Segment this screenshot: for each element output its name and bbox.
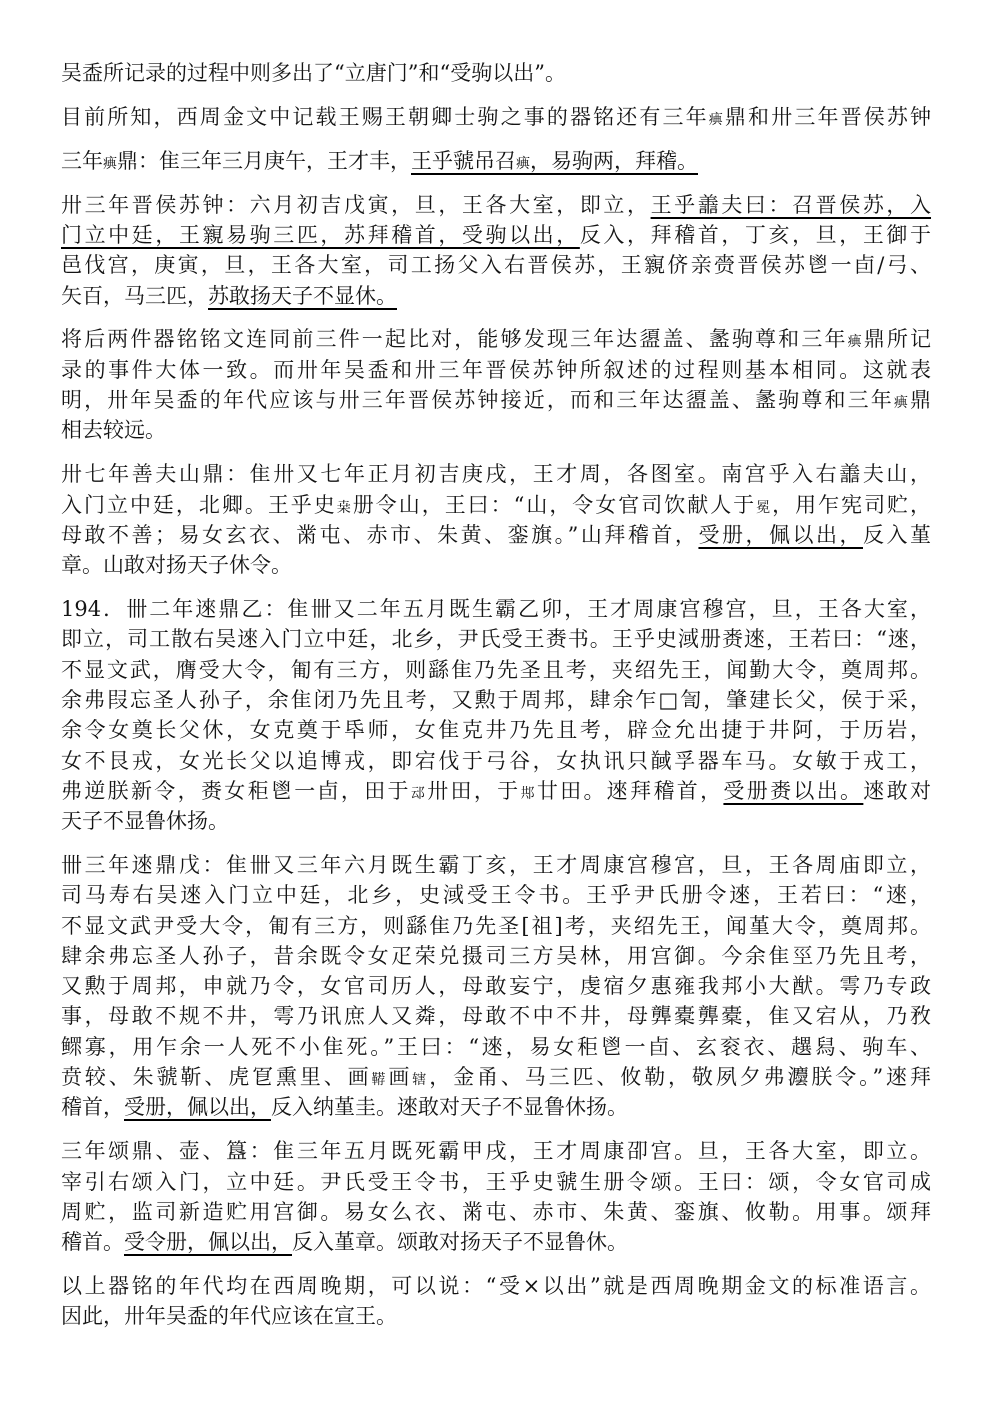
underlined-text: ，易驹两，拜稽。 — [530, 149, 698, 173]
text-line: 余令女奠长父休，女克奠于氒师，女隹克井乃先且考，辟佥允出捷于井阿，于历岩， — [61, 715, 931, 745]
text-segment: 三年颂鼎、壶、簋：隹三年五月既死霸甲戌，王才周康卲宫。旦，王各大室，即立。 — [61, 1139, 931, 1163]
text-line: 入门立中廷，北卿。王乎史桒册令山，王曰：“山，令女官司饮献人于冕，用乍宪司贮， — [61, 490, 931, 520]
text-segment: 反入，拜稽首，丁亥，旦，王御于 — [580, 223, 931, 247]
underlined-text: 王乎虢吊召 — [411, 149, 516, 173]
text-line: 三年痶鼎：隹三年三月庚午，王才丰，王乎虢吊召痶，易驹两，拜稽。 — [61, 146, 931, 176]
text-line: 宰引右颂入门，立中廷。尹氏受王令书，王乎史虢生册令颂。王曰：颂，令女官司成 — [61, 1167, 931, 1197]
paragraph: 三年颂鼎、壶、簋：隹三年五月既死霸甲戌，王才周康卲宫。旦，王各大室，即立。宰引右… — [61, 1136, 931, 1257]
paragraph: 卅三年晋侯苏钟：六月初吉戊寅，旦，王各大室，即立，王乎譱夫曰：召晋侯苏，入门立中… — [61, 190, 931, 311]
text-line: 即立，司工散右吴逨入门立中廷，北乡，尹氏受王赉书。王乎史淢册赉逨，王若曰：“逨， — [61, 624, 931, 654]
text-segment: 相去较远。 — [61, 418, 166, 442]
underlined-text: 痶 — [516, 156, 530, 172]
text-segment: 逨敢对 — [863, 779, 931, 803]
text-line: 母敢不善；易女玄衣、黹屯、赤市、朱黄、銮旗。”山拜稽首，受册，佩以出，反入堇 — [61, 520, 931, 550]
text-segment: 矢百，马三匹， — [61, 284, 208, 308]
text-segment: 稽首。 — [61, 1230, 124, 1254]
text-line: 吴盉所记录的过程中则多出了“立唐门”和“受驹以出”。 — [61, 58, 931, 88]
text-line: 章。山敢对扬天子休令。 — [61, 550, 931, 580]
text-segment: ，用乍宪司贮， — [772, 493, 931, 517]
text-line: 不显文武尹受大令，匍有三方，则繇隹乃先圣[祖]考，夹绍先王，闻堇大令，奠周邦。 — [61, 911, 931, 941]
text-segment: 天子不显鲁休扬。 — [61, 809, 229, 833]
text-segment: 吴盉所记录的过程中则多出了“立唐门”和“受驹以出”。 — [61, 61, 566, 85]
text-segment: 鳏寡，用乍余一人死不小隹死。”王曰：“逨，易女秬鬯一卣、玄衮衣、趩舄、驹车、 — [61, 1035, 931, 1059]
text-segment: 将后两件器铭铭文连同前三件一起比对，能够发现三年达盨盖、盠驹尊和三年 — [61, 327, 848, 351]
rare-glyph-text: 鞯 — [372, 1072, 389, 1088]
text-line: 将后两件器铭铭文连同前三件一起比对，能够发现三年达盨盖、盠驹尊和三年痶鼎所记 — [61, 324, 931, 354]
text-line: 194．卌二年逨鼎乙：隹卌又二年五月既生霸乙卯，王才周康宫穆宫，旦，王各大室， — [61, 594, 931, 624]
text-segment: 反入堇 — [863, 523, 931, 547]
paragraph: 目前所知，西周金文中记载王赐王朝卿士驹之事的器铭还有三年痶鼎和卅三年晋侯苏钟 — [61, 102, 931, 132]
underlined-text: 苏敢扬天子不显休。 — [208, 284, 397, 308]
text-segment: 册令山，王曰：“山，令女官司饮献人于 — [353, 493, 756, 517]
rare-glyph-text: 痶 — [709, 112, 725, 128]
text-segment: 肆余弗忘圣人孙子，昔余既令女疋荣兑摄司三方吴林，用宫御。今余隹巠乃先且考， — [61, 944, 931, 968]
rare-glyph-text: 䢼 — [521, 786, 537, 802]
text-line: 贲较、朱虢靳、虎冟熏里、画鞯画辖，金甬、马三匹、攸勒，敬夙夕弗灋朕令。”逨拜 — [61, 1062, 931, 1092]
text-segment: 母敢不善；易女玄衣、黹屯、赤市、朱黄、銮旗。”山拜稽首， — [61, 523, 698, 547]
text-line: 事，母敢不规不井，雩乃讯庶人又粦，母敢不中不井，母龏橐龏橐，隹又宕从，乃敄 — [61, 1001, 931, 1031]
text-segment: 宰引右颂入门，立中廷。尹氏受王令书，王乎史虢生册令颂。王曰：颂，令女官司成 — [61, 1170, 931, 1194]
rare-glyph-text: 辖 — [412, 1072, 429, 1088]
text-segment: 邑伐宫，庚寅，旦，王各大室，司工扬父入右晋侯苏，王寴侪亲赍晋侯苏鬯一卣/弓、 — [61, 253, 931, 277]
text-segment: 三年 — [61, 149, 103, 173]
text-segment: 以上器铭的年代均在西周晚期，可以说：“受×以出”就是西周晚期金文的标准语言。 — [61, 1274, 931, 1298]
text-segment: 廿田。逨拜稽首， — [537, 779, 724, 803]
underlined-text: 受册，佩以出， — [124, 1095, 271, 1119]
text-line: 录的事件大体一致。而卅年吴盉和卅三年晋侯苏钟所叙述的过程则基本相同。这就表 — [61, 355, 931, 385]
text-segment: 余弗叚忘圣人孙子，余隹闭乃先且考，又勲于周邦，肆余乍□訇，肇建长父，侯于采， — [61, 688, 931, 712]
text-line: 不显文武，膺受大令，匍有三方，则繇隹乃先圣且考，夹绍先王，闻勤大令，奠周邦。 — [61, 655, 931, 685]
paragraph: 三年痶鼎：隹三年三月庚午，王才丰，王乎虢吊召痶，易驹两，拜稽。 — [61, 146, 931, 176]
text-segment: 周贮，监司新造贮用宫御。易女么衣、黹屯、赤市、朱黄、銮旗、攸勒。用事。颂拜 — [61, 1200, 931, 1224]
text-segment: 女不艮戎，女光长父以追博戎，即宕伐于弓谷，女执讯只馘孚器车马。女敏于戎工， — [61, 749, 931, 773]
paragraph: 194．卌二年逨鼎乙：隹卌又二年五月既生霸乙卯，王才周康宫穆宫，旦，王各大室，即… — [61, 594, 931, 836]
text-segment: 弗逆朕新令，赉女秬鬯一卣，田于 — [61, 779, 411, 803]
text-line: 司马寿右吴逨入门立中廷，北乡，史淢受王令书。王乎尹氏册令逨，王若曰：“逨， — [61, 880, 931, 910]
text-segment: 司马寿右吴逨入门立中廷，北乡，史淢受王令书。王乎尹氏册令逨，王若曰：“逨， — [61, 883, 931, 907]
document-body: 吴盉所记录的过程中则多出了“立唐门”和“受驹以出”。目前所知，西周金文中记载王赐… — [61, 58, 931, 1345]
paragraph: 吴盉所记录的过程中则多出了“立唐门”和“受驹以出”。 — [61, 58, 931, 88]
text-segment: 鼎 — [910, 388, 931, 412]
paragraph: 将后两件器铭铭文连同前三件一起比对，能够发现三年达盨盖、盠驹尊和三年痶鼎所记录的… — [61, 324, 931, 445]
text-line: 相去较远。 — [61, 415, 931, 445]
text-segment: 卌三年逨鼎戊：隹卌又三年六月既生霸丁亥，王才周康宫穆宫，旦，王各周庙即立， — [61, 853, 931, 877]
rare-glyph-text: 痶 — [894, 395, 910, 411]
text-segment: 录的事件大体一致。而卅年吴盉和卅三年晋侯苏钟所叙述的过程则基本相同。这就表 — [61, 358, 931, 382]
text-segment: 卅田，于 — [427, 779, 520, 803]
text-line: 女不艮戎，女光长父以追博戎，即宕伐于弓谷，女执讯只馘孚器车马。女敏于戎工， — [61, 746, 931, 776]
rare-glyph-text: 痶 — [103, 156, 117, 172]
text-line: 卅七年善夫山鼎：隹卅又七年正月初吉庚戌，王才周，各图室。南宫乎入右譱夫山， — [61, 459, 931, 489]
text-line: 三年颂鼎、壶、簋：隹三年五月既死霸甲戌，王才周康卲宫。旦，王各大室，即立。 — [61, 1136, 931, 1166]
text-segment: ，金甬、马三匹、攸勒，敬夙夕弗灋朕令。”逨拜 — [429, 1065, 931, 1089]
text-line: 矢百，马三匹，苏敢扬天子不显休。 — [61, 281, 931, 311]
text-line: 明，卅年吴盉的年代应该与卅三年晋侯苏钟接近，而和三年达盨盖、盠驹尊和三年痶鼎 — [61, 385, 931, 415]
underlined-text: 受册，佩以出， — [698, 523, 863, 547]
text-segment: 卅三年晋侯苏钟：六月初吉戊寅，旦，王各大室，即立， — [61, 193, 651, 217]
text-line: 卅三年晋侯苏钟：六月初吉戊寅，旦，王各大室，即立，王乎譱夫曰：召晋侯苏，入 — [61, 190, 931, 220]
text-line: 因此，卅年吴盉的年代应该在宣王。 — [61, 1301, 931, 1331]
text-segment: 画 — [388, 1065, 412, 1089]
text-line: 邑伐宫，庚寅，旦，王各大室，司工扬父入右晋侯苏，王寴侪亲赍晋侯苏鬯一卣/弓、 — [61, 250, 931, 280]
text-segment: 又勲于周邦，申就乃令，女官司历人，母敢妄宁，虔宿夕惠雍我邦小大猷。雩乃专政 — [61, 974, 931, 998]
text-line: 以上器铭的年代均在西周晚期，可以说：“受×以出”就是西周晚期金文的标准语言。 — [61, 1271, 931, 1301]
text-segment: 194．卌二年逨鼎乙：隹卌又二年五月既生霸乙卯，王才周康宫穆宫，旦，王各大室， — [61, 597, 931, 621]
text-segment: 反入纳堇圭。逨敢对天子不显鲁休扬。 — [271, 1095, 628, 1119]
text-segment: 明，卅年吴盉的年代应该与卅三年晋侯苏钟接近，而和三年达盨盖、盠驹尊和三年 — [61, 388, 894, 412]
rare-glyph-text: 䢵 — [411, 786, 427, 802]
rare-glyph-text: 冕 — [756, 500, 772, 516]
rare-glyph-text: 痶 — [848, 334, 864, 350]
text-segment: 鼎和卅三年晋侯苏钟 — [725, 105, 931, 129]
text-segment: 事，母敢不规不井，雩乃讯庶人又粦，母敢不中不井，母龏橐龏橐，隹又宕从，乃敄 — [61, 1004, 931, 1028]
text-line: 门立中廷，王寴易驹三匹，苏拜稽首，受驹以出，反入，拜稽首，丁亥，旦，王御于 — [61, 220, 931, 250]
underlined-text: 受令册，佩以出， — [124, 1230, 292, 1254]
text-segment: 鼎：隹三年三月庚午，王才丰， — [117, 149, 411, 173]
text-line: 目前所知，西周金文中记载王赐王朝卿士驹之事的器铭还有三年痶鼎和卅三年晋侯苏钟 — [61, 102, 931, 132]
text-segment: 因此，卅年吴盉的年代应该在宣王。 — [61, 1304, 397, 1328]
paragraph: 以上器铭的年代均在西周晚期，可以说：“受×以出”就是西周晚期金文的标准语言。因此… — [61, 1271, 931, 1332]
text-line: 周贮，监司新造贮用宫御。易女么衣、黹屯、赤市、朱黄、銮旗、攸勒。用事。颂拜 — [61, 1197, 931, 1227]
underlined-text: 王乎譱夫曰：召晋侯苏，入 — [651, 193, 931, 217]
text-line: 稽首，受册，佩以出，反入纳堇圭。逨敢对天子不显鲁休扬。 — [61, 1092, 931, 1122]
text-segment: 即立，司工散右吴逨入门立中廷，北乡，尹氏受王赉书。王乎史淢册赉逨，王若曰：“逨， — [61, 627, 931, 651]
text-segment: 卅七年善夫山鼎：隹卅又七年正月初吉庚戌，王才周，各图室。南宫乎入右譱夫山， — [61, 462, 931, 486]
text-segment: 不显文武，膺受大令，匍有三方，则繇隹乃先圣且考，夹绍先王，闻勤大令，奠周邦。 — [61, 658, 931, 682]
text-segment: 稽首， — [61, 1095, 124, 1119]
text-line: 天子不显鲁休扬。 — [61, 806, 931, 836]
underlined-text: 门立中廷，王寴易驹三匹，苏拜稽首，受驹以出， — [61, 223, 580, 247]
rare-glyph-text: 桒 — [337, 500, 353, 516]
text-segment: 不显文武尹受大令，匍有三方，则繇隹乃先圣[祖]考，夹绍先王，闻堇大令，奠周邦。 — [61, 914, 931, 938]
text-line: 卌三年逨鼎戊：隹卌又三年六月既生霸丁亥，王才周康宫穆宫，旦，王各周庙即立， — [61, 850, 931, 880]
text-line: 肆余弗忘圣人孙子，昔余既令女疋荣兑摄司三方吴林，用宫御。今余隹巠乃先且考， — [61, 941, 931, 971]
paragraph: 卌三年逨鼎戊：隹卌又三年六月既生霸丁亥，王才周康宫穆宫，旦，王各周庙即立，司马寿… — [61, 850, 931, 1123]
text-line: 弗逆朕新令，赉女秬鬯一卣，田于䢵卅田，于䢼廿田。逨拜稽首，受册赉以出。逨敢对 — [61, 776, 931, 806]
underlined-text: 受册赉以出。 — [723, 779, 863, 803]
text-line: 又勲于周邦，申就乃令，女官司历人，母敢妄宁，虔宿夕惠雍我邦小大猷。雩乃专政 — [61, 971, 931, 1001]
text-line: 鳏寡，用乍余一人死不小隹死。”王曰：“逨，易女秬鬯一卣、玄衮衣、趩舄、驹车、 — [61, 1032, 931, 1062]
text-segment: 反入堇章。颂敢对扬天子不显鲁休。 — [292, 1230, 628, 1254]
text-line: 余弗叚忘圣人孙子，余隹闭乃先且考，又勲于周邦，肆余乍□訇，肇建长父，侯于采， — [61, 685, 931, 715]
text-segment: 目前所知，西周金文中记载王赐王朝卿士驹之事的器铭还有三年 — [61, 105, 709, 129]
text-segment: 余令女奠长父休，女克奠于氒师，女隹克井乃先且考，辟佥允出捷于井阿，于历岩， — [61, 718, 931, 742]
text-line: 稽首。受令册，佩以出，反入堇章。颂敢对扬天子不显鲁休。 — [61, 1227, 931, 1257]
paragraph: 卅七年善夫山鼎：隹卅又七年正月初吉庚戌，王才周，各图室。南宫乎入右譱夫山，入门立… — [61, 459, 931, 580]
text-segment: 入门立中廷，北卿。王乎史 — [61, 493, 337, 517]
text-segment: 章。山敢对扬天子休令。 — [61, 553, 292, 577]
text-segment: 贲较、朱虢靳、虎冟熏里、画 — [61, 1065, 372, 1089]
text-segment: 鼎所记 — [864, 327, 931, 351]
